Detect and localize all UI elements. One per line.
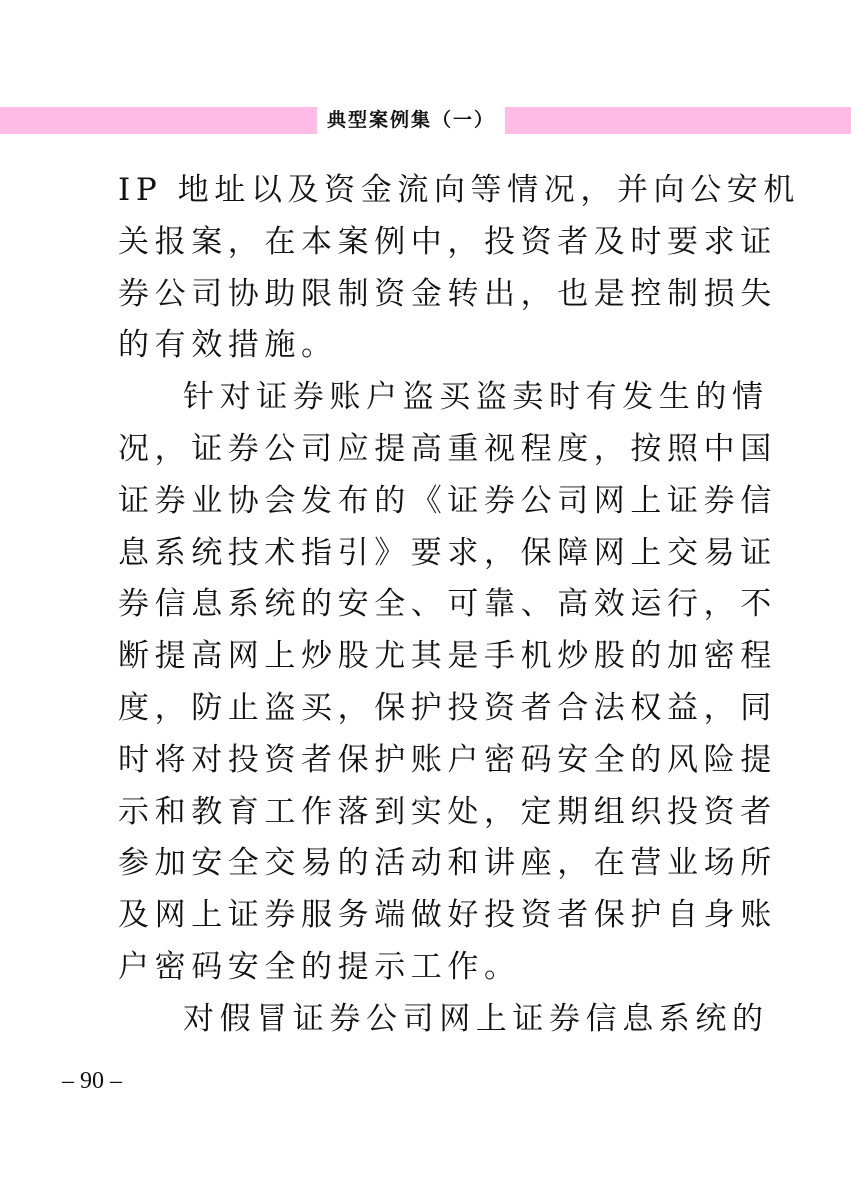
text-line: IP 地址以及资金流向等情况，并向公安机 xyxy=(118,165,718,217)
running-header-title: 典型案例集（一） xyxy=(317,107,505,134)
text-line: 关报案，在本案例中，投资者及时要求证 xyxy=(118,217,718,269)
body-text: IP 地址以及资金流向等情况，并向公安机 关报案，在本案例中，投资者及时要求证 … xyxy=(118,165,718,1046)
paragraph-start-line: 针对证券账户盗买盗卖时有发生的情 xyxy=(118,372,718,424)
text-line: 断提高网上炒股尤其是手机炒股的加密程 xyxy=(118,631,718,683)
text-line: 证券业协会发布的《证券公司网上证券信 xyxy=(118,476,718,528)
text-line: 参加安全交易的活动和讲座，在营业场所 xyxy=(118,838,718,890)
text-line: 示和教育工作落到实处，定期组织投资者 xyxy=(118,787,718,839)
text-line: 券信息系统的安全、可靠、高效运行，不 xyxy=(118,579,718,631)
text-line: 况，证券公司应提高重视程度，按照中国 xyxy=(118,424,718,476)
text-line: 时将对投资者保护账户密码安全的风险提 xyxy=(118,735,718,787)
text-line: 度，防止盗买，保护投资者合法权益，同 xyxy=(118,683,718,735)
paragraph-start-line: 对假冒证券公司网上证券信息系统的 xyxy=(118,994,718,1046)
page-number: – 90 – xyxy=(62,1068,122,1095)
header-band-left xyxy=(0,107,317,134)
header-band-right xyxy=(505,107,851,134)
text-line: 券公司协助限制资金转出，也是控制损失 xyxy=(118,269,718,321)
text-line: 及网上证券服务端做好投资者保护自身账 xyxy=(118,890,718,942)
text-line: 息系统技术指引》要求，保障网上交易证 xyxy=(118,528,718,580)
text-line: 的有效措施。 xyxy=(118,320,718,372)
text-line: 户密码安全的提示工作。 xyxy=(118,942,718,994)
